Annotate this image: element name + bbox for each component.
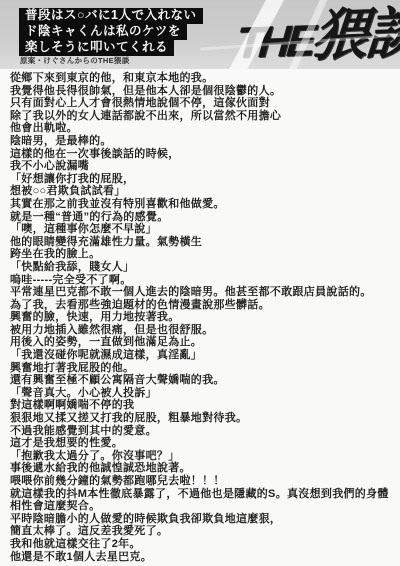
body-text-line: 對這樣啊啊嬌喘不停的我 [10,399,400,412]
body-text-line: 平常連星巴克都不敢一個人進去的陰暗男。他甚至都不敢跟店員說話的。 [10,286,400,299]
body-text-line: 其實在那之前我並沒有特別喜歡和他做愛。 [10,198,400,211]
body-text-line: 這樣的他在一次事後談話的時候， [10,148,400,161]
body-text-line: 這才是我想要的性愛。 [10,437,400,450]
body-text-line: 興奮地打著我屁股的他。 [10,362,400,375]
body-text-line: 他還是不敢1個人去星巴克。 [10,551,400,564]
body-text-line: 為了我，去看那些強迫題材的色情漫畫說那些髒話。 [10,299,400,312]
body-text-line: 不過我能感覺到其中的愛意。 [10,425,400,438]
title-line-3: 楽しそうに叩いてくれる [19,40,174,56]
body-text-line: 就是一種“普通”的行為的感覺。 [10,211,400,224]
body-text-line: 喂喂你前幾分鐘的氣勢都跑哪兒去啦！！！ [10,475,400,488]
body-text-line: 他會出軌啦。 [10,122,400,135]
body-text-line: 除了我以外的女人連話都說不出來，所以當然不用擔心 [10,110,400,123]
title-line-1: 普段はス○バに1人で入れない [19,8,203,24]
body-text-line: 我不小心說漏嘴 [10,160,400,173]
body-text-line: 平時陰暗膽小的人做愛的時候欺負我卻欺負地這麼狠， [10,513,400,526]
body-text-line: 事後遞水給我的他誠惶誠恐地說著。 [10,462,400,475]
body-text-line: 陰暗男，是最棒的。 [10,135,400,148]
body-text-line: 想被○○君欺負試試看」 [10,185,400,198]
title-line-2: ド陰キャくんは私のケツを [19,24,187,40]
title-block: 普段はス○バに1人で入れない ド陰キャくんは私のケツを 楽しそうに叩いてくれる [19,8,203,56]
body-text-line: 相性會這麼契合。 [10,500,400,513]
body-text-line: 被用力地插入雖然很痛，但是也很舒服。 [10,324,400,337]
body-text-line: 還有興奮至極不顧公寓隔音大聲嬌喘的我。 [10,374,400,387]
origin-caption: 原案・けぐさんからのTHE猥談 [20,55,130,66]
body-text-line: 跨坐在我的臉上。 [10,248,400,261]
story-body-text: 從鄉下來到東京的他，和東京本地的我。我覺得他長得很帥氣，但是他本人卻是個很陰鬱的… [10,72,400,563]
body-text-line: 「噢，這種事你怎麼不早說」 [10,223,400,236]
body-text-line: 「抱歉我太過分了。你沒事吧？」 [10,450,400,463]
body-text-line: 他的眼睛變得充滿雄性力量。氣勢橫生 [10,236,400,249]
scanned-story-page: THE猥談 普段はス○バに1人で入れない ド陰キャくんは私のケツを 楽しそうに叩… [0,0,400,566]
body-text-line: 從鄉下來到東京的他，和東京本地的我。 [10,72,400,85]
body-text-line: 興奮的臉，快速，用力地按著我。 [10,311,400,324]
body-text-line: 嗚哇-----完全受不了啊。 [10,274,400,287]
body-text-line: 只有面對心上人才會很熱情地說個不停，這傢伙面對 [10,97,400,110]
body-text-line: 「快點給我舔，賤女人」 [10,261,400,274]
body-text-line: 我覺得他長得很帥氣，但是他本人卻是個很陰鬱的人。 [10,85,400,98]
body-text-line: 狠狠地又揉又搓又打我的屁股，粗暴地對待我。 [10,412,400,425]
body-text-line: 「我還沒碰你呢就濕成這樣，真淫亂」 [10,349,400,362]
body-text-line: 簡直太棒了。這反差我愛死了。 [10,525,400,538]
body-text-line: 「聲音真大。小心被人投訴」 [10,387,400,400]
body-text-line: 我和他就這樣交往了2年。 [10,538,400,551]
body-text-line: 就這樣我的抖M本性徹底暴露了，不過他也是隱藏的S。真沒想到我們的身體 [10,488,400,501]
body-text-line: 用後入的姿勢，一直做到他滿足為止。 [10,336,400,349]
body-text-line: 「好想讓你打我的屁股， [10,173,400,186]
